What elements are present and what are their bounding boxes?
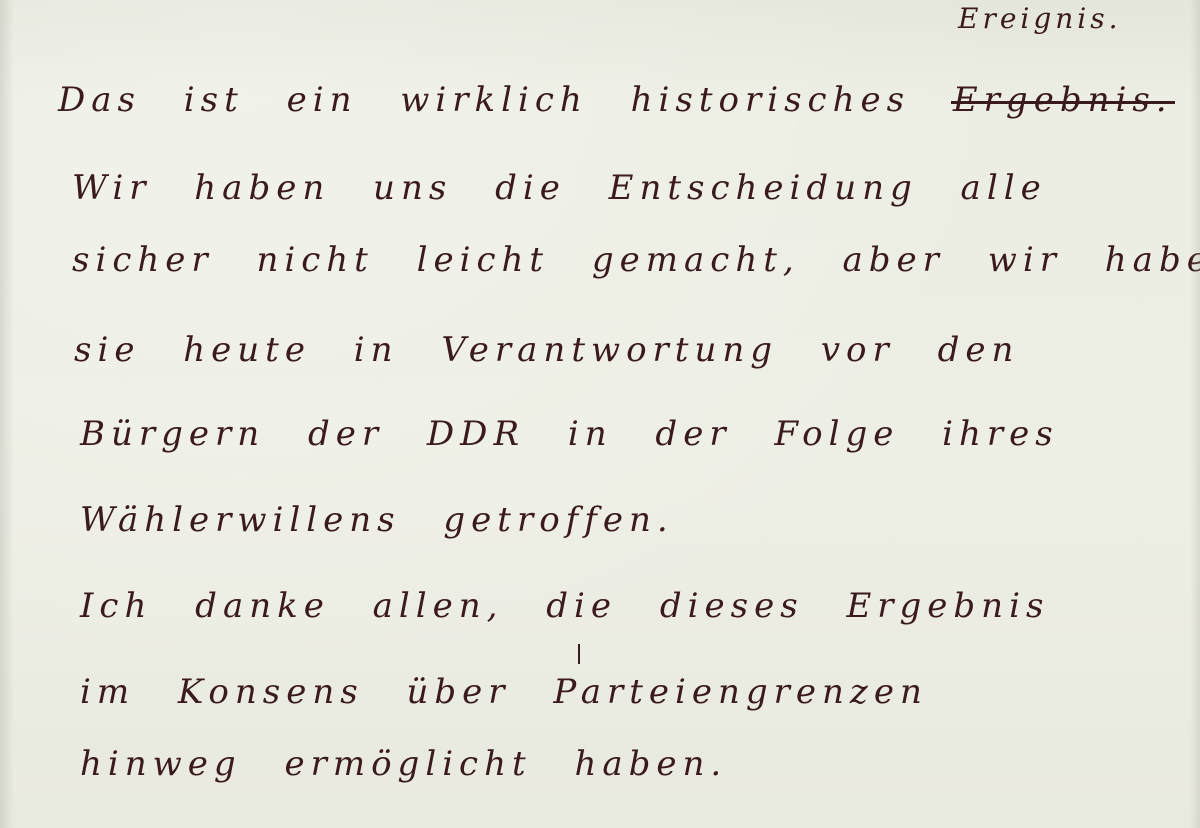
handwritten-line-3: sicher nicht leicht gemacht, aber wir ha… [72,240,1200,280]
line-text: Das ist ein wirklich historisches [58,80,910,120]
insertion-mark [578,644,580,664]
handwritten-line-1: Das ist ein wirklich historisches Ergebn… [58,80,1173,120]
handwritten-line-9: hinweg ermöglicht haben. [80,744,727,784]
handwritten-line-2: Wir haben uns die Entscheidung alle [72,168,1047,208]
handwritten-line-7: Ich danke allen, die dieses Ergebnis [80,586,1049,626]
handwritten-line-4: sie heute in Verantwortung vor den [74,330,1019,370]
handwritten-line-5: Bürgern der DDR in der Folge ihres [80,414,1059,454]
handwritten-line-8: im Konsens über Parteiengrenzen [80,672,928,712]
struck-through-word: Ergebnis. [953,80,1173,120]
inserted-correction: Ereignis. [958,2,1122,35]
handwritten-line-6: Wählerwillens getroffen. [80,500,674,540]
paper-sheet: Ereignis. Das ist ein wirklich historisc… [0,0,1200,828]
